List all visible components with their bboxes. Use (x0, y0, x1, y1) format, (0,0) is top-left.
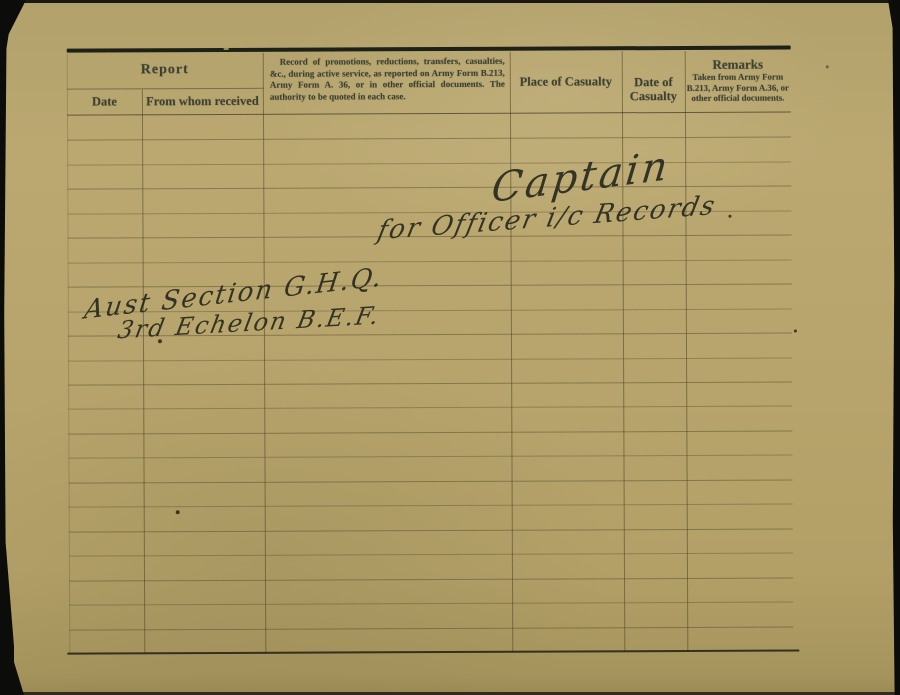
col-header-place-of-casualty: Place of Casualty (510, 74, 622, 89)
table-top-rule-notch (224, 48, 229, 50)
empty-row-line (67, 137, 791, 141)
table-top-rule (67, 46, 791, 53)
empty-row-line (69, 627, 793, 631)
col-header-record-of-promotions: Record of promotions, reductions, transf… (270, 56, 505, 103)
casualty-form-table: Report Date From whom received Record of… (0, 0, 900, 695)
empty-row-line (69, 529, 793, 533)
empty-row-line (69, 504, 793, 508)
col-header-from-whom-received: From whom received (142, 94, 263, 110)
empty-row-line (67, 186, 791, 190)
empty-row-line (68, 382, 792, 386)
empty-row-line (69, 578, 793, 582)
empty-row-line (68, 431, 792, 435)
empty-row-line (69, 553, 793, 557)
col-header-remarks: Remarks (685, 57, 791, 73)
empty-row-line (69, 480, 793, 484)
report-section-header: Report (67, 62, 263, 79)
col-header-date: Date (67, 94, 142, 109)
report-header-underline (67, 88, 264, 90)
ink-speck (176, 510, 180, 514)
ink-speck (158, 339, 162, 343)
empty-row-line (68, 406, 792, 410)
empty-row-line (69, 602, 793, 606)
ink-speck (728, 215, 731, 218)
scan-edge-top (0, 0, 900, 3)
scanned-casualty-form-page: Report Date From whom received Record of… (0, 0, 900, 695)
ink-speck (826, 65, 829, 68)
col-header-remarks-subtitle: Taken from Army Form B.213, Army Form A.… (682, 71, 794, 103)
empty-row-line (68, 260, 792, 264)
ink-speck (794, 329, 797, 332)
empty-row-line (67, 162, 791, 166)
empty-row-line (68, 358, 792, 362)
empty-row-line (68, 455, 792, 459)
col-header-date-of-casualty: Date of Casualty (622, 75, 685, 103)
